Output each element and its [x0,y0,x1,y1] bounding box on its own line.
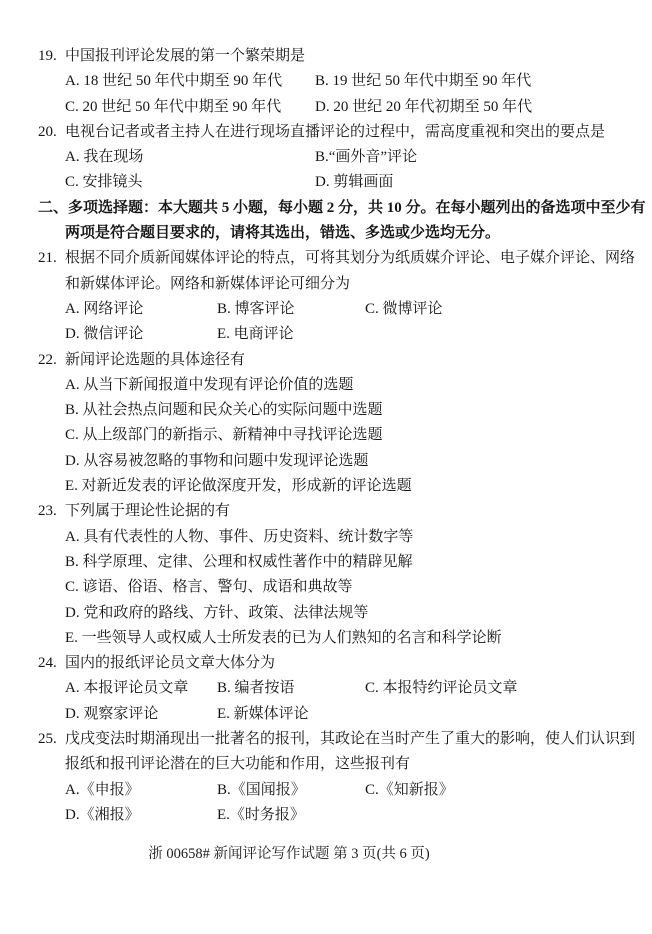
section-2-header-text-1: 二、多项选择题：本大题共 5 小题，每小题 2 分，共 10 分。在每小题列出的… [38,200,646,216]
question-19-options-row-2: C. 20 世纪 50 年代中期至 90 年代 D. 20 世纪 20 年代初期… [0,95,652,120]
question-25-option-a: A.《申报》 [65,778,217,803]
question-21-options-row-1: A. 网络评论 B. 博客评论 C. 微博评论 [0,297,652,322]
page-footer: 浙 00658# 新闻评论写作试题 第 3 页(共 6 页) [0,842,578,867]
question-23-option-a: A. 具有代表性的人物、事件、历史资料、统计数字等 [65,525,413,550]
exam-page: 19.中国报刊评论发展的第一个繁荣期是 A. 18 世纪 50 年代中期至 90… [0,0,652,934]
question-22-option-b-row: B. 从社会热点问题和民众关心的实际问题中选题 [0,398,652,423]
question-24-option-e: E. 新媒体评论 [217,702,365,727]
question-21-option-c: C. 微博评论 [365,297,443,322]
question-25-number: 25. [38,727,65,752]
question-25-options-row-1: A.《申报》 B.《国闻报》 C.《知新报》 [0,778,652,803]
question-20-option-a: A. 我在现场 [65,145,315,170]
question-19-stem-line: 19.中国报刊评论发展的第一个繁荣期是 [0,44,652,69]
question-23-option-e-row: E. 一些领导人或权威人士所发表的已为人们熟知的名言和科学论断 [0,626,652,651]
question-21-stem-2: 和新媒体评论。网络和新媒体评论可细分为 [65,276,350,292]
question-23-option-b: B. 科学原理、定律、公理和权威性著作中的精辟见解 [65,550,413,575]
question-23-stem-line: 23.下列属于理论性论据的有 [0,499,652,524]
question-19-number: 19. [38,44,65,69]
section-2-header-line-2: 两项是符合题目要求的，请将其选出，错选、多选或少选均无分。 [0,221,652,246]
question-21-option-a: A. 网络评论 [65,297,217,322]
question-22-stem-line: 22.新闻评论选题的具体途径有 [0,348,652,373]
question-21-option-e: E. 电商评论 [217,322,365,347]
question-21-option-b: B. 博客评论 [217,297,365,322]
question-23-option-e: E. 一些领导人或权威人士所发表的已为人们熟知的名言和科学论断 [65,626,502,651]
question-23-number: 23. [38,499,65,524]
question-22-option-a: A. 从当下新闻报道中发现有评论价值的选题 [65,373,353,398]
question-19-option-a: A. 18 世纪 50 年代中期至 90 年代 [65,69,315,94]
question-20-options-row-1: A. 我在现场 B.“画外音”评论 [0,145,652,170]
question-19-stem: 中国报刊评论发展的第一个繁荣期是 [65,48,305,64]
question-19-option-d: D. 20 世纪 20 年代初期至 50 年代 [315,95,532,120]
question-25-option-b: B.《国闻报》 [217,778,365,803]
question-20-option-d: D. 剪辑画面 [315,170,393,195]
question-25-stem-line-1: 25.戊戌变法时期涌现出一批著名的报刊，其政论在当时产生了重大的影响，使人们认识… [0,727,652,752]
question-24-option-d: D. 观察家评论 [65,702,217,727]
question-25-options-row-2: D.《湘报》 E.《时务报》 [0,803,652,828]
question-24-option-c: C. 本报特约评论员文章 [365,676,518,701]
question-20-option-b: B.“画外音”评论 [315,145,417,170]
question-23-option-b-row: B. 科学原理、定律、公理和权威性著作中的精辟见解 [0,550,652,575]
question-21-stem-line-1: 21.根据不同介质新闻媒体评论的特点，可将其划分为纸质媒介评论、电子媒介评论、网… [0,246,652,271]
exam-content: 19.中国报刊评论发展的第一个繁荣期是 A. 18 世纪 50 年代中期至 90… [0,0,652,867]
question-21-option-d: D. 微信评论 [65,322,217,347]
question-22-option-d: D. 从容易被忽略的事物和问题中发现评论选题 [65,449,368,474]
question-22-option-a-row: A. 从当下新闻报道中发现有评论价值的选题 [0,373,652,398]
question-20-options-row-2: C. 安排镜头 D. 剪辑画面 [0,170,652,195]
question-23-option-d-row: D. 党和政府的路线、方针、政策、法律法规等 [0,601,652,626]
question-22-option-c: C. 从上级部门的新指示、新精神中寻找评论选题 [65,423,383,448]
question-20-stem-line: 20.电视台记者或者主持人在进行现场直播评论的过程中，需高度重视和突出的要点是 [0,120,652,145]
question-22-option-e: E. 对新近发表的评论做深度开发，形成新的评论选题 [65,474,412,499]
section-2-header-line-1: 二、多项选择题：本大题共 5 小题，每小题 2 分，共 10 分。在每小题列出的… [0,196,652,221]
question-20-stem: 电视台记者或者主持人在进行现场直播评论的过程中，需高度重视和突出的要点是 [65,124,605,140]
question-25-stem-1: 戊戌变法时期涌现出一批著名的报刊，其政论在当时产生了重大的影响，使人们认识到 [65,731,635,747]
question-21-stem-line-2: 和新媒体评论。网络和新媒体评论可细分为 [0,272,652,297]
question-22-option-b: B. 从社会热点问题和民众关心的实际问题中选题 [65,398,383,423]
question-24-stem: 国内的报纸评论员文章大体分为 [65,655,275,671]
section-2-header-text-2: 两项是符合题目要求的，请将其选出，错选、多选或少选均无分。 [65,225,500,241]
question-23-stem: 下列属于理论性论据的有 [65,503,230,519]
question-24-option-b: B. 编者按语 [217,676,365,701]
question-21-stem-1: 根据不同介质新闻媒体评论的特点，可将其划分为纸质媒介评论、电子媒介评论、网络 [65,250,635,266]
question-24-options-row-1: A. 本报评论员文章 B. 编者按语 C. 本报特约评论员文章 [0,676,652,701]
question-25-stem-line-2: 报纸和报刊评论潜在的巨大功能和作用，这些报刊有 [0,752,652,777]
page-footer-text: 浙 00658# 新闻评论写作试题 第 3 页(共 6 页) [148,846,430,862]
question-22-option-e-row: E. 对新近发表的评论做深度开发，形成新的评论选题 [0,474,652,499]
question-24-options-row-2: D. 观察家评论 E. 新媒体评论 [0,702,652,727]
question-19-option-c: C. 20 世纪 50 年代中期至 90 年代 [65,95,315,120]
question-24-option-a: A. 本报评论员文章 [65,676,217,701]
question-24-number: 24. [38,651,65,676]
question-25-stem-2: 报纸和报刊评论潜在的巨大功能和作用，这些报刊有 [65,756,410,772]
question-24-stem-line: 24.国内的报纸评论员文章大体分为 [0,651,652,676]
question-22-stem: 新闻评论选题的具体途径有 [65,352,245,368]
question-22-option-c-row: C. 从上级部门的新指示、新精神中寻找评论选题 [0,423,652,448]
question-20-option-c: C. 安排镜头 [65,170,315,195]
question-20-number: 20. [38,120,65,145]
question-22-number: 22. [38,348,65,373]
question-25-option-e: E.《时务报》 [217,803,365,828]
question-23-option-d: D. 党和政府的路线、方针、政策、法律法规等 [65,601,368,626]
question-19-option-b: B. 19 世纪 50 年代中期至 90 年代 [315,69,531,94]
question-23-option-a-row: A. 具有代表性的人物、事件、历史资料、统计数字等 [0,525,652,550]
question-23-option-c: C. 谚语、俗语、格言、警句、成语和典故等 [65,575,353,600]
question-25-option-d: D.《湘报》 [65,803,217,828]
question-22-option-d-row: D. 从容易被忽略的事物和问题中发现评论选题 [0,449,652,474]
question-23-option-c-row: C. 谚语、俗语、格言、警句、成语和典故等 [0,575,652,600]
question-21-number: 21. [38,246,65,271]
question-25-option-c: C.《知新报》 [365,778,454,803]
question-21-options-row-2: D. 微信评论 E. 电商评论 [0,322,652,347]
question-19-options-row-1: A. 18 世纪 50 年代中期至 90 年代 B. 19 世纪 50 年代中期… [0,69,652,94]
